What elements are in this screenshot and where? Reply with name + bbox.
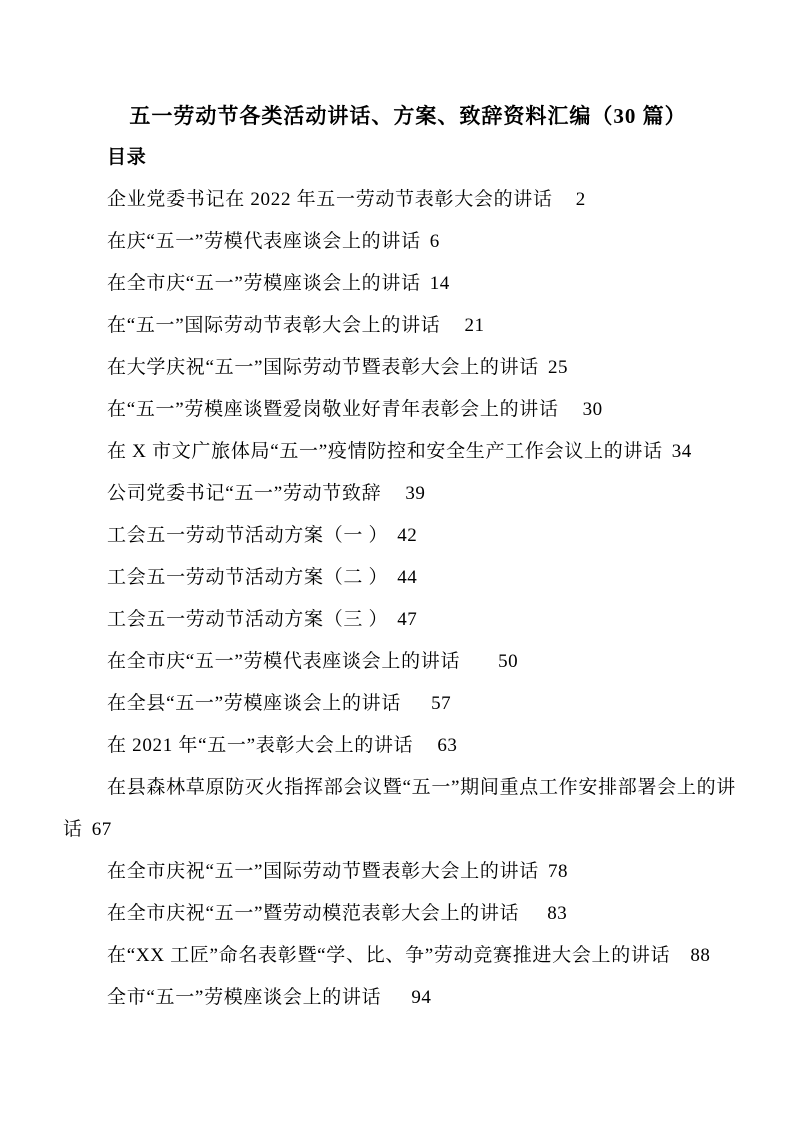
toc-entry-title: 在全市庆祝“五一”暨劳动模范表彰大会上的讲话 — [107, 903, 519, 924]
toc-entry: 全市“五一”劳模座谈会上的讲话94 — [63, 977, 753, 1019]
toc-entry-page: 2 — [576, 189, 586, 210]
toc-entry-page: 47 — [397, 609, 417, 630]
toc-entry: 公司党委书记“五一”劳动节致辞39 — [63, 473, 753, 515]
document-title: 五一劳动节各类活动讲话、方案、致辞资料汇编（30 篇） — [63, 95, 753, 137]
toc-entry-page: 6 — [430, 231, 440, 252]
toc-entry: 工会五一劳动节活动方案（一 ）42 — [63, 515, 753, 557]
toc-entry-title: 工会五一劳动节活动方案（二 ） — [107, 567, 388, 588]
toc-entry: 在庆“五一”劳模代表座谈会上的讲话6 — [63, 221, 753, 263]
toc-entry: 在全市庆“五一”劳模代表座谈会上的讲话50 — [63, 641, 753, 683]
toc-entry-gap — [83, 834, 92, 835]
toc-entry-title: 企业党委书记在 2022 年五一劳动节表彰大会的讲话 — [107, 189, 553, 210]
document-page: 五一劳动节各类活动讲话、方案、致辞资料汇编（30 篇） 目录 企业党委书记在 2… — [0, 0, 793, 1122]
toc-entry-title: 在 X 市文广旅体局“五一”疫情防控和安全生产工作会议上的讲话 — [107, 441, 663, 462]
toc-entry: 在全县“五一”劳模座谈会上的讲话57 — [63, 683, 753, 725]
toc-entry: 工会五一劳动节活动方案（三 ）47 — [63, 599, 753, 641]
toc-entry-page: 57 — [431, 693, 451, 714]
toc-entry-title: 在“五一”国际劳动节表彰大会上的讲话 — [107, 315, 440, 336]
toc-entry: 在县森林草原防灭火指挥部会议暨“五一”期间重点工作安排部署会上的讲话67 — [63, 767, 753, 851]
toc-entry-page: 83 — [547, 903, 567, 924]
toc-entry-gap — [421, 288, 430, 289]
toc-list: 企业党委书记在 2022 年五一劳动节表彰大会的讲话2在庆“五一”劳模代表座谈会… — [63, 179, 753, 1019]
toc-entry-title: 在“XX 工匠”命名表彰暨“学、比、争”劳动竞赛推进大会上的讲话 — [107, 945, 670, 966]
toc-entry: 在“五一”劳模座谈暨爱岗敬业好青年表彰会上的讲话30 — [63, 389, 753, 431]
toc-entry-title: 在全市庆祝“五一”国际劳动节暨表彰大会上的讲话 — [107, 861, 539, 882]
toc-entry: 在“五一”国际劳动节表彰大会上的讲话21 — [63, 305, 753, 347]
toc-entry-gap — [460, 666, 498, 667]
toc-entry-gap — [539, 876, 548, 877]
toc-entry-gap — [413, 750, 437, 751]
toc-entry: 在全市庆“五一”劳模座谈会上的讲话14 — [63, 263, 753, 305]
toc-entry-gap — [388, 540, 397, 541]
toc-entry-page: 21 — [464, 315, 484, 336]
toc-entry-page: 94 — [411, 987, 431, 1008]
toc-entry-page: 42 — [397, 525, 417, 546]
toc-entry-title: 在全市庆“五一”劳模座谈会上的讲话 — [107, 273, 421, 294]
toc-entry-page: 67 — [92, 819, 112, 840]
toc-entry-gap — [401, 708, 431, 709]
toc-entry-page: 44 — [397, 567, 417, 588]
toc-entry-gap — [381, 498, 405, 499]
toc-entry-gap — [519, 918, 547, 919]
toc-entry-gap — [421, 246, 430, 247]
toc-entry-gap — [381, 1002, 411, 1003]
toc-heading: 目录 — [63, 137, 753, 179]
toc-entry: 工会五一劳动节活动方案（二 ）44 — [63, 557, 753, 599]
toc-entry-gap — [440, 330, 464, 331]
toc-entry-title: 在全市庆“五一”劳模代表座谈会上的讲话 — [107, 651, 460, 672]
toc-entry: 在“XX 工匠”命名表彰暨“学、比、争”劳动竞赛推进大会上的讲话88 — [63, 935, 753, 977]
toc-entry-title: 在“五一”劳模座谈暨爱岗敬业好青年表彰会上的讲话 — [107, 399, 559, 420]
toc-entry-gap — [559, 414, 583, 415]
toc-entry-gap — [388, 582, 397, 583]
toc-entry-gap — [539, 372, 548, 373]
toc-entry-gap — [388, 624, 397, 625]
toc-entry-title: 在县森林草原防灭火指挥部会议暨“五一”期间重点工作安排部署会上的讲话 — [63, 777, 736, 840]
toc-entry-page: 39 — [405, 483, 425, 504]
toc-entry-gap — [663, 456, 672, 457]
toc-entry-gap — [670, 960, 690, 961]
toc-entry-page: 88 — [690, 945, 710, 966]
toc-entry-page: 25 — [548, 357, 568, 378]
toc-entry: 在 X 市文广旅体局“五一”疫情防控和安全生产工作会议上的讲话34 — [63, 431, 753, 473]
toc-entry-title: 在大学庆祝“五一”国际劳动节暨表彰大会上的讲话 — [107, 357, 539, 378]
toc-entry-title: 公司党委书记“五一”劳动节致辞 — [107, 483, 381, 504]
toc-entry-page: 30 — [583, 399, 603, 420]
toc-entry-title: 工会五一劳动节活动方案（一 ） — [107, 525, 388, 546]
toc-entry-title: 在全县“五一”劳模座谈会上的讲话 — [107, 693, 401, 714]
toc-entry: 在大学庆祝“五一”国际劳动节暨表彰大会上的讲话25 — [63, 347, 753, 389]
toc-entry: 在全市庆祝“五一”暨劳动模范表彰大会上的讲话83 — [63, 893, 753, 935]
toc-entry-title: 在庆“五一”劳模代表座谈会上的讲话 — [107, 231, 421, 252]
toc-entry: 在 2021 年“五一”表彰大会上的讲话63 — [63, 725, 753, 767]
toc-entry-page: 63 — [437, 735, 457, 756]
toc-entry-page: 34 — [672, 441, 692, 462]
toc-entry: 企业党委书记在 2022 年五一劳动节表彰大会的讲话2 — [63, 179, 753, 221]
toc-entry-page: 14 — [430, 273, 450, 294]
toc-entry-page: 50 — [498, 651, 518, 672]
toc-entry-title: 全市“五一”劳模座谈会上的讲话 — [107, 987, 381, 1008]
toc-entry-page: 78 — [548, 861, 568, 882]
toc-entry: 在全市庆祝“五一”国际劳动节暨表彰大会上的讲话78 — [63, 851, 753, 893]
toc-entry-gap — [553, 204, 576, 205]
toc-entry-title: 工会五一劳动节活动方案（三 ） — [107, 609, 388, 630]
toc-entry-title: 在 2021 年“五一”表彰大会上的讲话 — [107, 735, 413, 756]
